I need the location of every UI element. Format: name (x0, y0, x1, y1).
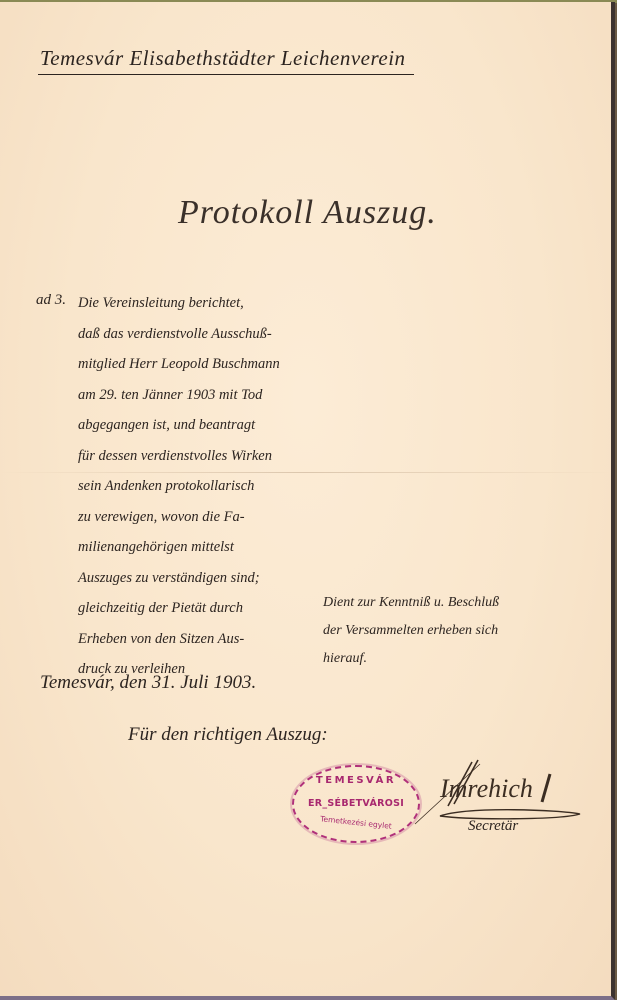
body-line: sein Andenken protokollarisch (78, 472, 280, 503)
body-line: Auszuges zu verständigen sind; (78, 564, 280, 595)
body-line: daß das verdienstvolle Ausschuß- (78, 320, 280, 351)
resolution-line: Dient zur Kenntniß u. Beschluß (323, 590, 499, 618)
body-line: Erheben von den Sitzen Aus- (78, 625, 280, 656)
certification-line: Für den richtigen Auszug: (128, 724, 328, 746)
stamp-line-society: Temetkezési egylet (294, 812, 418, 834)
resolution-line: der Versammelten erheben sich (323, 618, 499, 646)
body-line: gleichzeitig der Pietät durch (78, 594, 280, 625)
body-line: am 29. ten Jänner 1903 mit Tod (78, 381, 280, 412)
body-line: milienangehörigen mittelst (78, 533, 280, 564)
body-line: mitglied Herr Leopold Buschmann (78, 350, 280, 381)
document-page: Temesvár Elisabethstädter Leichenverein … (0, 2, 615, 1000)
resolution-line: hierauf. (323, 646, 499, 674)
signer-role: Secretär (468, 818, 518, 835)
resolution-note: Dient zur Kenntniß u. Beschluß der Versa… (323, 590, 499, 674)
secretary-signature: Imrehich (440, 774, 533, 804)
body-line: Die Vereinsleitung berichtet, (78, 289, 280, 320)
document-title: Protokoll Auszug. (178, 194, 437, 232)
body-line: für dessen verdienstvolles Wirken (78, 442, 280, 473)
body-line: abgegangen ist, und beantragt (78, 411, 280, 442)
body-line: zu verewigen, wovon die Fa- (78, 503, 280, 534)
association-stamp: TEMESVÁR ER_SÉBETVÁROSI Temetkezési egyl… (292, 765, 420, 843)
agenda-item-label: ad 3. (36, 292, 66, 309)
stamp-line-district: ER_SÉBETVÁROSI (294, 798, 418, 809)
association-header: Temesvár Elisabethstädter Leichenverein (38, 46, 414, 75)
place-and-date: Temesvár, den 31. Juli 1903. (40, 672, 256, 694)
stamp-line-city: TEMESVÁR (294, 775, 418, 786)
minutes-body: Die Vereinsleitung berichtet, daß das ve… (78, 289, 280, 686)
